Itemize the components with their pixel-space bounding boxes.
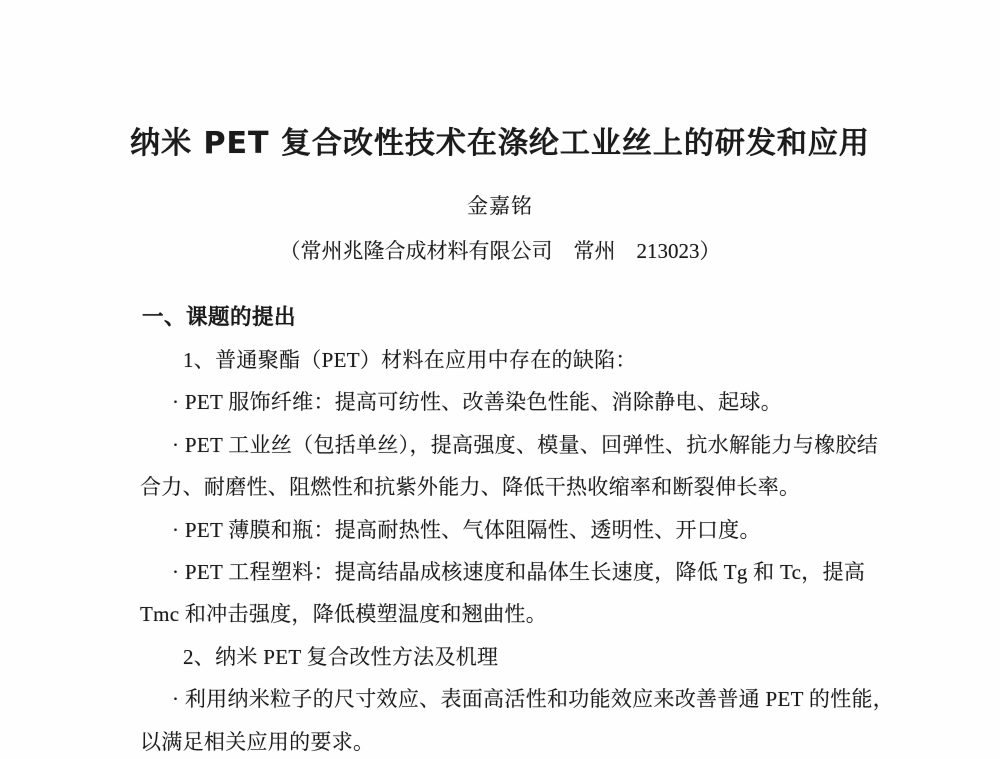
text-line-engineering-plastic: · PET 工程塑料：提高结晶成核速度和晶体生长速度，降低 Tg 和 Tc，提高	[140, 551, 872, 593]
text-line-nano-method-heading: 2、纳米 PET 复合改性方法及机理	[140, 636, 872, 678]
document-body: 一、课题的提出 1、普通聚酯（PET）材料在应用中存在的缺陷： · PET 服饰…	[140, 296, 872, 759]
document-title: 纳米 PET 复合改性技术在涤纶工业丝上的研发和应用	[0, 118, 1000, 162]
scanned-document-page: 纳米 PET 复合改性技术在涤纶工业丝上的研发和应用 金嘉铭 （常州兆隆合成材料…	[0, 0, 1000, 759]
author-affiliation: （常州兆隆合成材料有限公司 常州 213023）	[0, 235, 1000, 265]
text-line-industrial-yarn: · PET 工业丝（包括单丝），提高强度、模量、回弹性、抗水解能力与橡胶结	[140, 424, 872, 466]
text-line-defects-intro: 1、普通聚酯（PET）材料在应用中存在的缺陷：	[140, 339, 872, 381]
text-line-industrial-yarn-cont: 合力、耐磨性、阻燃性和抗紫外能力、降低干热收缩率和断裂伸长率。	[140, 466, 872, 508]
text-line-nano-effects-cont: 以满足相关应用的要求。	[140, 721, 872, 759]
text-line-apparel-fiber: · PET 服饰纤维：提高可纺性、改善染色性能、消除静电、起球。	[140, 381, 872, 423]
text-line-nano-effects: · 利用纳米粒子的尺寸效应、表面高活性和功能效应来改善普通 PET 的性能，	[140, 678, 872, 720]
text-line-engineering-plastic-cont: Tmc 和冲击强度，降低模塑温度和翘曲性。	[140, 593, 872, 635]
author-name: 金嘉铭	[0, 190, 1000, 220]
section-heading: 一、课题的提出	[140, 296, 872, 339]
text-line-film-bottle: · PET 薄膜和瓶：提高耐热性、气体阻隔性、透明性、开口度。	[140, 509, 872, 551]
